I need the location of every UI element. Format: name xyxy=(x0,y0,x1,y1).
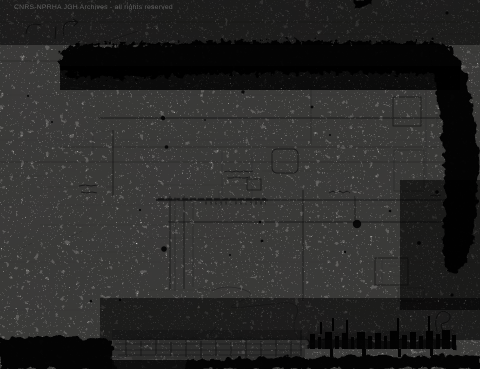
scanned-archive-page: CNRS-NPRHA JGH Archives - all rights res… xyxy=(0,0,480,369)
archive-watermark-text: CNRS-NPRHA JGH Archives - all rights res… xyxy=(14,4,173,12)
scan-artwork xyxy=(0,0,480,369)
speckle-noise-layer xyxy=(0,0,480,369)
